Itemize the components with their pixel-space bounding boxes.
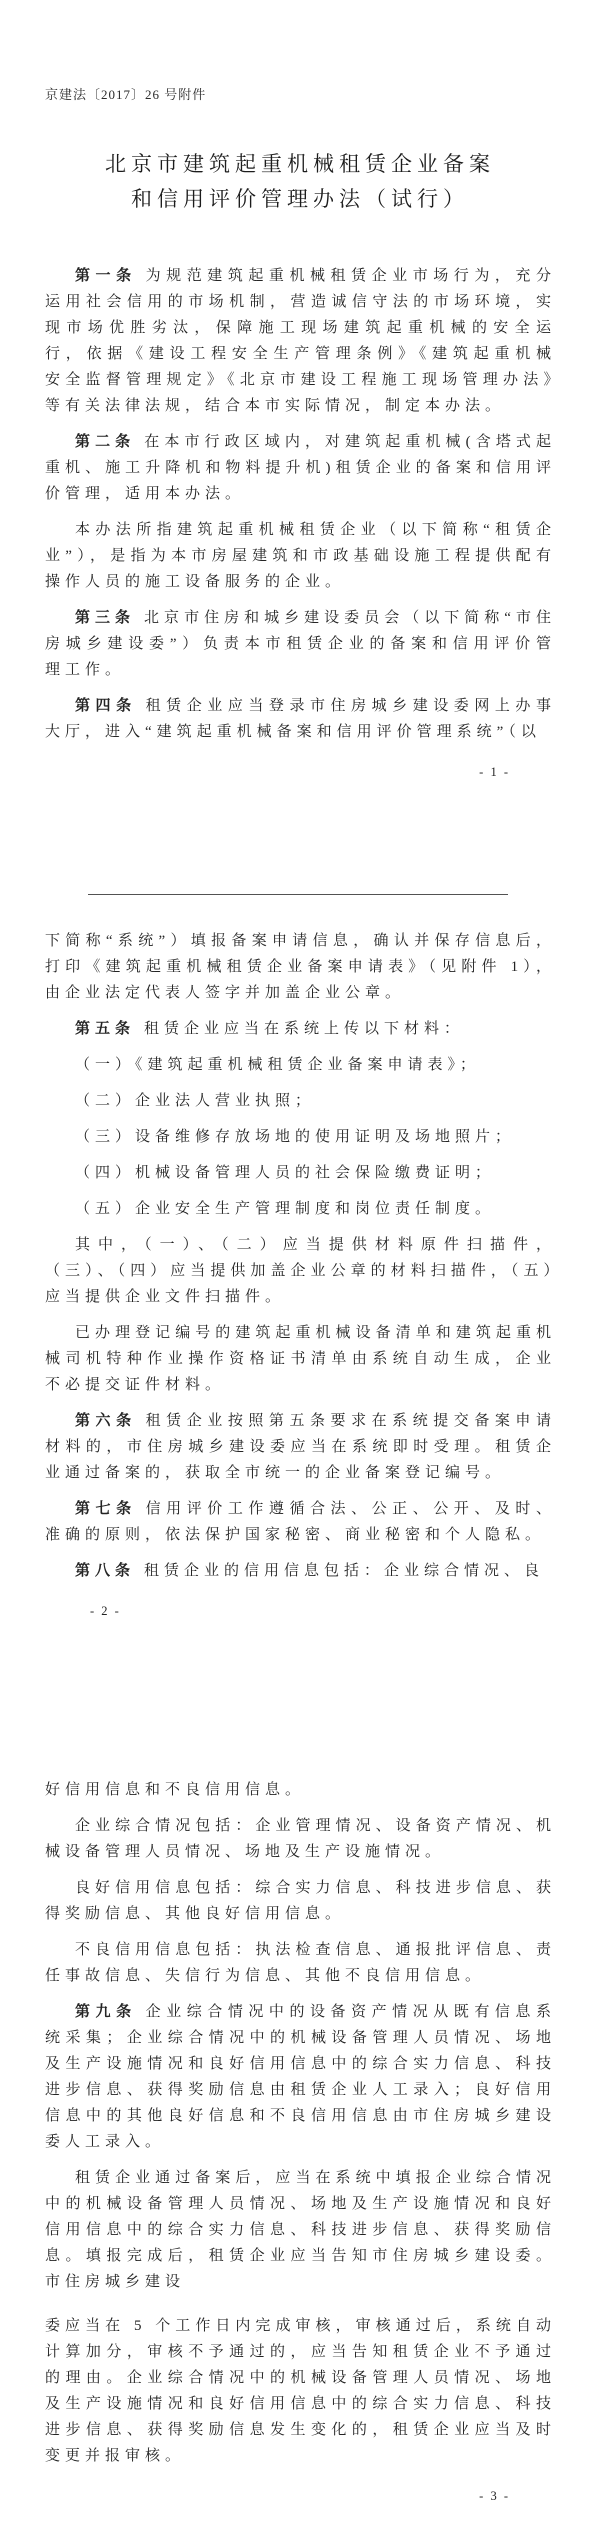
paragraph: 本办法所指建筑起重机械租赁企业（以下简称“租赁企业”），是指为本市房屋建筑和市政… — [45, 517, 556, 595]
paragraph: 第七条信用评价工作遵循合法、公正、公开、及时、准确的原则，依法保护国家秘密、商业… — [45, 1496, 556, 1548]
paragraph: 第八条租赁企业的信用信息包括：企业综合情况、良 — [45, 1558, 556, 1584]
document-page-view: 京建法〔2017〕26 号附件 北京市建筑起重机械租赁企业备案 和信用评价管理办… — [0, 0, 600, 2546]
paragraph: 良好信用信息包括：综合实力信息、科技进步信息、获得奖励信息、其他良好信用信息。 — [45, 1875, 556, 1927]
page-number-3: - 3 - — [0, 2489, 600, 2504]
paragraph: 第一条为规范建筑起重机械租赁企业市场行为，充分运用社会信用的市场机制，营造诚信守… — [45, 263, 556, 419]
page-3-body: 好信用信息和不良信用信息。企业综合情况包括：企业管理情况、设备资产情况、机械设备… — [45, 1777, 556, 2469]
page-number-2: - 2 - — [0, 1604, 600, 1619]
paragraph: 第五条租赁企业应当在系统上传以下材料： — [45, 1016, 556, 1042]
document-title: 北京市建筑起重机械租赁企业备案 和信用评价管理办法（试行） — [45, 147, 555, 217]
paragraph: 第三条北京市住房和城乡建设委员会（以下简称“市住房城乡建设委”）负责本市租赁企业… — [45, 605, 556, 683]
article-number: 第八条 — [75, 1563, 135, 1579]
article-number: 第三条 — [75, 610, 135, 626]
paragraph: 不良信用信息包括：执法检查信息、通报批评信息、责任事故信息、失信行为信息、其他不… — [45, 1937, 556, 1989]
paragraph: 第二条在本市行政区域内，对建筑起重机械(含塔式起重机、施工升降机和物料提升机)租… — [45, 429, 556, 507]
article-number: 第二条 — [75, 434, 135, 450]
article-number: 第四条 — [75, 698, 137, 714]
page-separator-line — [88, 894, 508, 895]
paragraph: 企业综合情况包括：企业管理情况、设备资产情况、机械设备管理人员情况、场地及生产设… — [45, 1813, 556, 1865]
paragraph: 好信用信息和不良信用信息。 — [45, 1777, 556, 1803]
title-line-2: 和信用评价管理办法（试行） — [131, 187, 469, 211]
title-line-1: 北京市建筑起重机械租赁企业备案 — [105, 152, 495, 176]
page-1-body: 第一条为规范建筑起重机械租赁企业市场行为，充分运用社会信用的市场机制，营造诚信守… — [45, 263, 556, 745]
paragraph: 已办理登记编号的建筑起重机械设备清单和建筑起重机械司机特种作业操作资格证书清单由… — [45, 1320, 556, 1398]
page-2: 下简称“系统”）填报备案申请信息，确认并保存信息后，打印《建筑起重机械租赁企业备… — [0, 928, 600, 1619]
paragraph: 第九条企业综合情况中的设备资产情况从既有信息系统采集；企业综合情况中的机械设备管… — [45, 1999, 556, 2155]
page-2-body: 下简称“系统”）填报备案申请信息，确认并保存信息后，打印《建筑起重机械租赁企业备… — [45, 928, 556, 1584]
paragraph: 其中，（一）、（二）应当提供材料原件扫描件，（三）、（四）应当提供加盖企业公章的… — [45, 1232, 556, 1310]
paragraph: （二）企业法人营业执照； — [45, 1088, 556, 1114]
page-1: 京建法〔2017〕26 号附件 北京市建筑起重机械租赁企业备案 和信用评价管理办… — [0, 0, 600, 780]
paragraph: （四）机械设备管理人员的社会保险缴费证明； — [45, 1160, 556, 1186]
article-number: 第九条 — [75, 2004, 137, 2020]
paragraph: 第六条租赁企业按照第五条要求在系统提交备案申请材料的，市住房城乡建设委应当在系统… — [45, 1408, 556, 1486]
paragraph: 租赁企业通过备案后，应当在系统中填报企业综合情况中的机械设备管理人员情况、场地及… — [45, 2165, 556, 2295]
article-number: 第六条 — [75, 1413, 137, 1429]
doc-number: 京建法〔2017〕26 号附件 — [45, 0, 555, 103]
article-number: 第五条 — [75, 1021, 135, 1037]
article-number: 第七条 — [75, 1501, 137, 1517]
paragraph: （五）企业安全生产管理制度和岗位责任制度。 — [45, 1196, 556, 1222]
paragraph: （三）设备维修存放场地的使用证明及场地照片； — [45, 1124, 556, 1150]
paragraph: 第四条租赁企业应当登录市住房城乡建设委网上办事大厅，进入“建筑起重机械备案和信用… — [45, 693, 556, 745]
page-3: 好信用信息和不良信用信息。企业综合情况包括：企业管理情况、设备资产情况、机械设备… — [0, 1777, 600, 2504]
paragraph: 委应当在 5 个工作日内完成审核，审核通过后，系统自动计算加分，审核不予通过的，… — [45, 2313, 556, 2469]
page-number-1: - 1 - — [0, 765, 600, 780]
paragraph: 下简称“系统”）填报备案申请信息，确认并保存信息后，打印《建筑起重机械租赁企业备… — [45, 928, 556, 1006]
article-number: 第一条 — [75, 268, 137, 284]
paragraph: （一）《建筑起重机械租赁企业备案申请表》； — [45, 1052, 556, 1078]
